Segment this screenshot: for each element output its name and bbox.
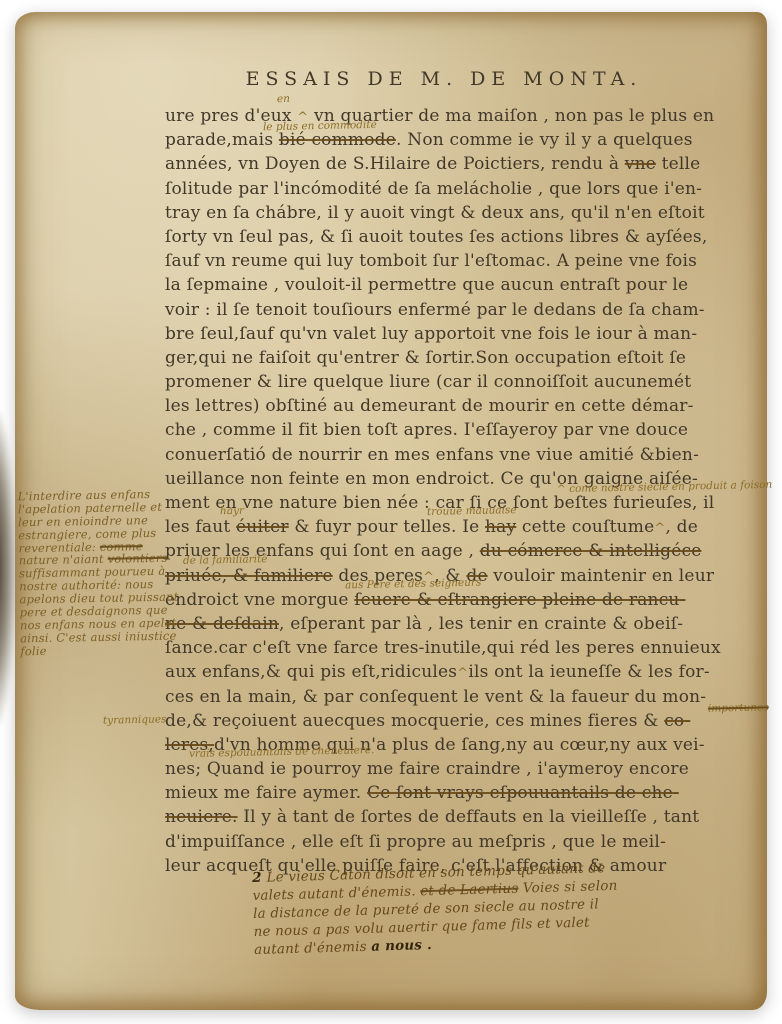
text-segment: endroict vne morgue bbox=[165, 590, 354, 610]
text-line: promener & lire quelque liure (car il co… bbox=[165, 370, 733, 394]
text-segment: d'impuiſſance , elle eſt ſi propre au me… bbox=[165, 832, 666, 852]
book-gutter-shadow bbox=[0, 408, 16, 728]
left-margin-annotation: L'interdire aus enfansl'apelation patern… bbox=[18, 488, 173, 658]
text-segment: telle bbox=[656, 154, 700, 174]
text-line: la ſepmaine , vouloit-il permettre que a… bbox=[165, 273, 733, 297]
text-segment: autant d'énemis bbox=[254, 939, 372, 958]
text-segment: ſolitude par l'incómodité de ſa meláchol… bbox=[165, 179, 702, 199]
printed-text-block: ure pres d'eux ^ vn quartier de ma maiſo… bbox=[165, 104, 733, 878]
text-segment: , eſperant par là , les tenir en crainte… bbox=[279, 614, 683, 634]
text-segment: tray en ſa chábre, il y auoit vingt & de… bbox=[165, 203, 705, 223]
struck-text: priuée, & familiere bbox=[165, 566, 333, 586]
text-segment: mieux me faire aymer. bbox=[165, 783, 367, 803]
text-line: aux enfans,& qui pis eſt,ridicules^ils o… bbox=[165, 660, 733, 684]
text-segment: la ſepmaine , vouloit-il permettre que a… bbox=[165, 275, 688, 295]
handwritten-note: de la familiarité bbox=[183, 554, 268, 567]
text-line: ger,qui ne faiſoit qu'entrer & ſortir.So… bbox=[165, 346, 733, 370]
handwritten-note: tyranniques bbox=[103, 714, 167, 726]
text-line: mieux me faire aymer. Ce ſont vrays eſpo… bbox=[165, 781, 733, 805]
text-line: bre ſeul,ſauf qu'vn valet luy apportoit … bbox=[165, 322, 733, 346]
text-segment: nes; Quand ie pourroy me faire craindre … bbox=[165, 759, 689, 779]
struck-text: bié commode bbox=[279, 130, 396, 150]
text-line: ces en la main, & par conſequent le vent… bbox=[165, 685, 733, 709]
handwritten-note: ^ come nostre siecle en produit a foison bbox=[557, 480, 772, 496]
handwritten-note: importunes bbox=[708, 702, 769, 714]
text-segment: che , comme il fit bien toſt apres. I'eſ… bbox=[165, 420, 688, 440]
text-line: nes; Quand ie pourroy me faire craindre … bbox=[165, 757, 733, 781]
running-header-title: ESSAIS DE M. DE MONTA. bbox=[165, 68, 723, 90]
text-line: de,& reçoiuent auecques mocquerie, ces m… bbox=[165, 709, 733, 733]
text-segment: & fuyr pour telles. Ie bbox=[289, 517, 485, 537]
text-segment: , de bbox=[665, 517, 698, 537]
text-line: les faut éuiter & fuyr pour telles. Ie h… bbox=[165, 515, 733, 539]
handwritten-caret: ^ bbox=[457, 666, 468, 681]
struck-text: éuiter bbox=[236, 517, 289, 537]
struck-text: co- bbox=[664, 711, 690, 731]
photo-background: { "colors": { "paper": "#d5c59e", "print… bbox=[0, 0, 782, 1024]
text-line: ure pres d'eux ^ vn quartier de ma maiſo… bbox=[165, 104, 733, 128]
text-segment: a nous . bbox=[371, 937, 432, 955]
struck-text: hay bbox=[485, 517, 516, 537]
handwritten-note: trouue mauuaise bbox=[427, 505, 517, 518]
text-segment: cette couſtume bbox=[516, 517, 654, 537]
text-segment: les lettres) obſtiné au demeurant de mou… bbox=[165, 396, 694, 416]
text-segment: de,& reçoiuent auecques mocquerie, ces m… bbox=[165, 711, 664, 731]
text-line: folie bbox=[20, 642, 172, 658]
text-segment: les faut bbox=[165, 517, 236, 537]
text-line: che , comme il fit bien toſt apres. I'eſ… bbox=[165, 418, 733, 442]
struck-text: ſeuere & eſtrangiere pleine de rancu- bbox=[354, 590, 685, 610]
handwritten-note: en bbox=[277, 94, 290, 105]
text-segment: ſance.car c'eſt vne farce tres-inutile,q… bbox=[165, 638, 721, 658]
text-segment: vouloir maintenir en leur bbox=[488, 566, 714, 586]
struck-text: et de Laertius bbox=[420, 881, 519, 900]
text-segment: voir : il ſe tenoit touſiours enfermé pa… bbox=[165, 300, 705, 320]
text-line: les lettres) obſtiné au demeurant de mou… bbox=[165, 394, 733, 418]
text-line: ſauf vn reume qui luy tomboit ſur l'eſto… bbox=[165, 249, 733, 273]
text-segment: ſauf vn reume qui luy tomboit ſur l'eſto… bbox=[165, 251, 697, 271]
text-line: d'impuiſſance , elle eſt ſi propre au me… bbox=[165, 830, 733, 854]
text-segment: aux enfans,& qui pis eſt,ridicules bbox=[165, 662, 457, 682]
handwritten-caret: ^ bbox=[654, 521, 665, 536]
text-line: conuerſatió de nourrir en mes enfans vne… bbox=[165, 443, 733, 467]
text-line: parade,mais bié commode. Non comme ie vy… bbox=[165, 128, 733, 152]
book-page-scan: ESSAIS DE M. DE MONTA. ure pres d'eux ^ … bbox=[15, 12, 767, 1010]
text-segment: . Non comme ie vy il y a quelques bbox=[396, 130, 693, 150]
text-segment: Voies si selon bbox=[518, 878, 617, 897]
text-segment: années, vn Doyen de S.Hilaire de Poictie… bbox=[165, 154, 625, 174]
struck-text: ne & deſdain bbox=[165, 614, 279, 634]
text-line: voir : il ſe tenoit touſiours enfermé pa… bbox=[165, 298, 733, 322]
text-segment: conuerſatió de nourrir en mes enfans vne… bbox=[165, 445, 699, 465]
text-segment: ils ont la ieuneſſe & les for- bbox=[468, 662, 709, 682]
handwritten-note: vrais espouuantails de cheneuiere. bbox=[189, 745, 375, 760]
text-line: ſorty vn ſeul pas, & ſi auoit toutes ſes… bbox=[165, 225, 733, 249]
bottom-handwritten-annotation: 2 Le vieus Caton disoit en son temps qu'… bbox=[252, 855, 754, 959]
text-segment: 2 bbox=[252, 870, 267, 886]
text-segment: ces en la main, & par conſequent le vent… bbox=[165, 687, 706, 707]
text-segment: ſorty vn ſeul pas, & ſi auoit toutes ſes… bbox=[165, 227, 707, 247]
text-line: ſance.car c'eſt vne farce tres-inutile,q… bbox=[165, 636, 733, 660]
struck-text: vne bbox=[625, 154, 656, 174]
struck-text: Ce ſont vrays eſpouuantails de che- bbox=[367, 783, 679, 803]
text-segment: folie bbox=[20, 644, 47, 658]
text-segment: Il y à tant de ſortes de deffauts en la … bbox=[238, 807, 700, 827]
struck-text: neuiere. bbox=[165, 807, 238, 827]
text-line: endroict vne morgue ſeuere & eſtrangiere… bbox=[165, 588, 733, 612]
struck-text: du cómerce & intelligéce bbox=[480, 541, 702, 561]
handwritten-note: hayr bbox=[220, 506, 244, 517]
text-line: neuiere. Il y à tant de ſortes de deffau… bbox=[165, 805, 733, 829]
text-segment: promener & lire quelque liure (car il co… bbox=[165, 372, 691, 392]
text-segment: bre ſeul,ſauf qu'vn valet luy apportoit … bbox=[165, 324, 697, 344]
text-line: tray en ſa chábre, il y auoit vingt & de… bbox=[165, 201, 733, 225]
text-segment: ger,qui ne faiſoit qu'entrer & ſortir.So… bbox=[165, 348, 686, 368]
text-segment: parade,mais bbox=[165, 130, 279, 150]
text-line: ſolitude par l'incómodité de ſa meláchol… bbox=[165, 177, 733, 201]
text-line: années, vn Doyen de S.Hilaire de Poictie… bbox=[165, 152, 733, 176]
text-line: ne & deſdain, eſperant par là , les teni… bbox=[165, 612, 733, 636]
